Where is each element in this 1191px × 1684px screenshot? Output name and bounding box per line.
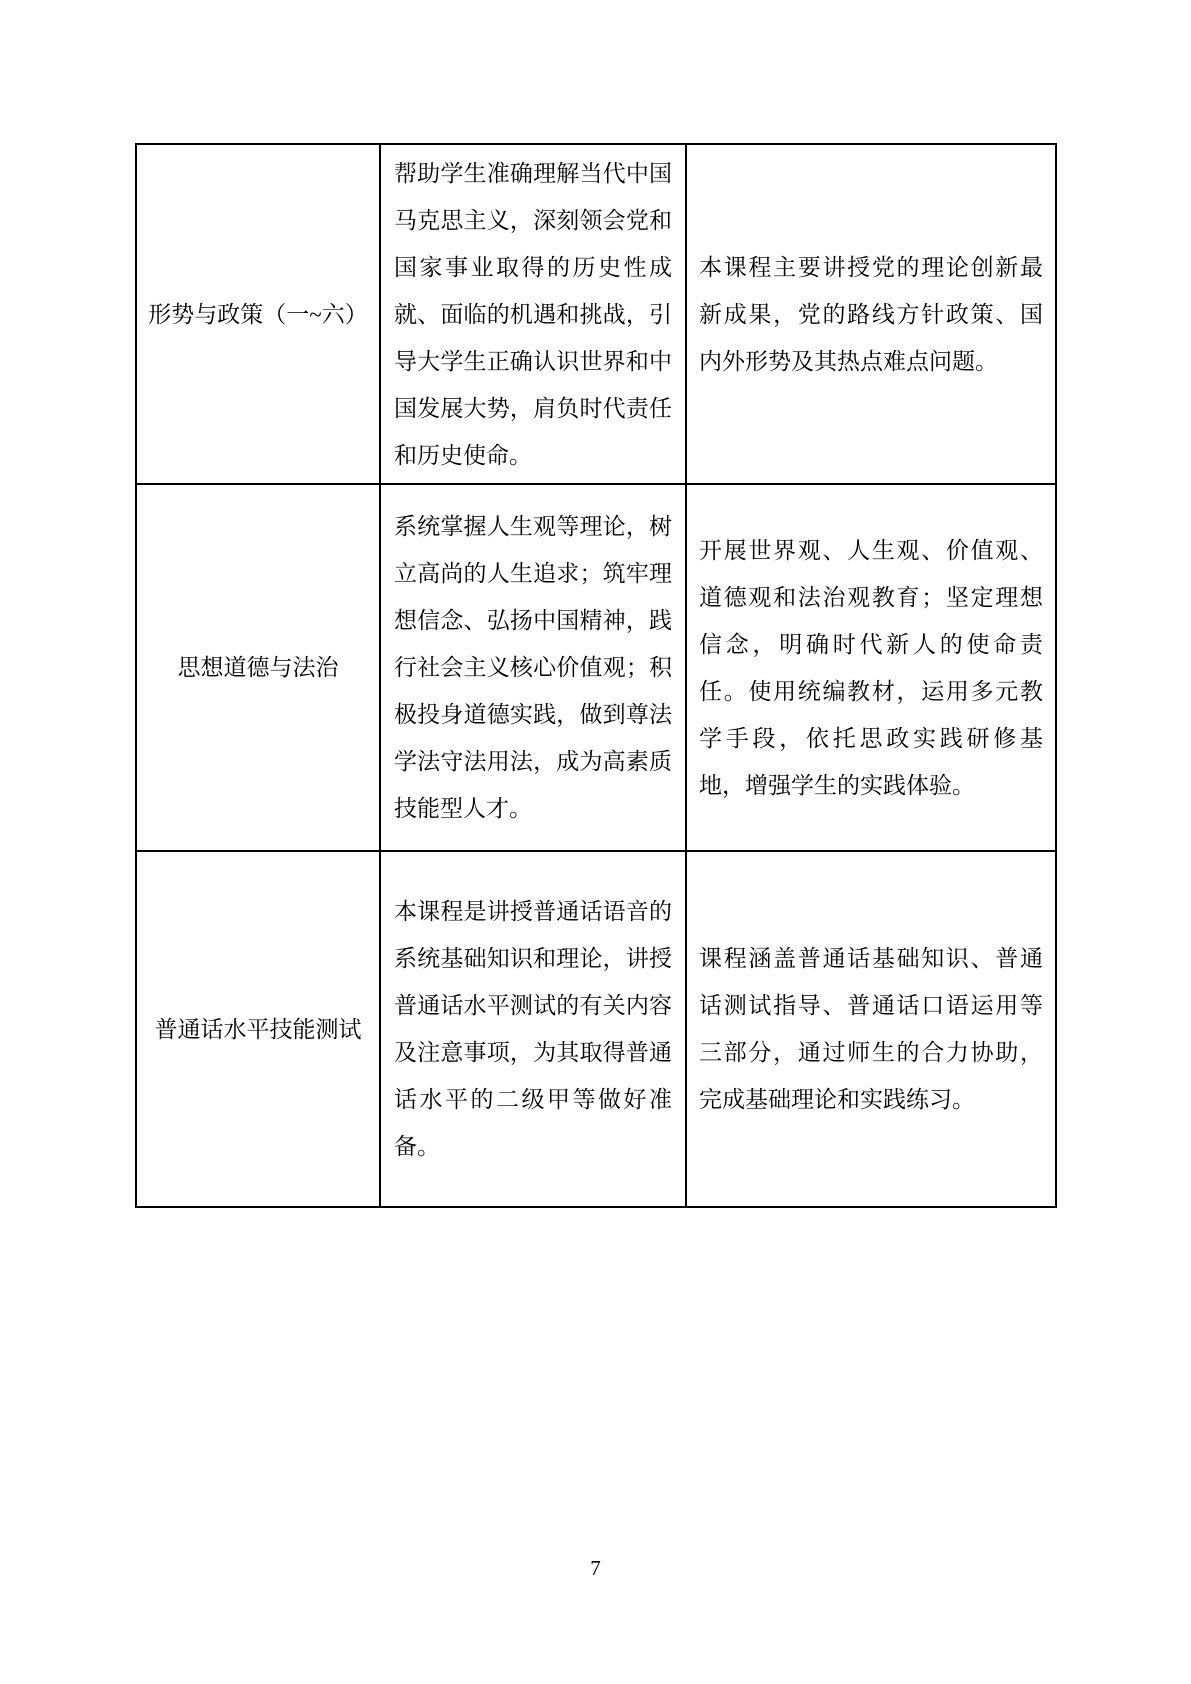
page-number: 7	[0, 1552, 1191, 1584]
course-objective-cell: 系统掌握人生观等理论，树立高尚的人生追求；筑牢理想信念、弘扬中国精神，践行社会主…	[380, 484, 686, 851]
table-row: 普通话水平技能测试 本课程是讲授普通话语音的系统基础知识和理论，讲授普通话水平测…	[136, 851, 1056, 1207]
course-description-table: 形势与政策（一~六） 帮助学生准确理解当代中国马克思主义，深刻领会党和国家事业取…	[135, 143, 1057, 1208]
course-name-cell: 普通话水平技能测试	[136, 851, 380, 1207]
course-description-cell: 开展世界观、人生观、价值观、道德观和法治观教育；坚定理想信念，明确时代新人的使命…	[686, 484, 1056, 851]
course-description-cell: 课程涵盖普通话基础知识、普通话测试指导、普通话口语运用等三部分，通过师生的合力协…	[686, 851, 1056, 1207]
table-row: 思想道德与法治 系统掌握人生观等理论，树立高尚的人生追求；筑牢理想信念、弘扬中国…	[136, 484, 1056, 851]
course-description-cell: 本课程主要讲授党的理论创新最新成果，党的路线方针政策、国内外形势及其热点难点问题…	[686, 144, 1056, 484]
course-name-cell: 思想道德与法治	[136, 484, 380, 851]
course-objective-cell: 本课程是讲授普通话语音的系统基础知识和理论，讲授普通话水平测试的有关内容及注意事…	[380, 851, 686, 1207]
course-name-cell: 形势与政策（一~六）	[136, 144, 380, 484]
document-page: 形势与政策（一~六） 帮助学生准确理解当代中国马克思主义，深刻领会党和国家事业取…	[0, 0, 1191, 1684]
table-row: 形势与政策（一~六） 帮助学生准确理解当代中国马克思主义，深刻领会党和国家事业取…	[136, 144, 1056, 484]
course-objective-cell: 帮助学生准确理解当代中国马克思主义，深刻领会党和国家事业取得的历史性成就、面临的…	[380, 144, 686, 484]
